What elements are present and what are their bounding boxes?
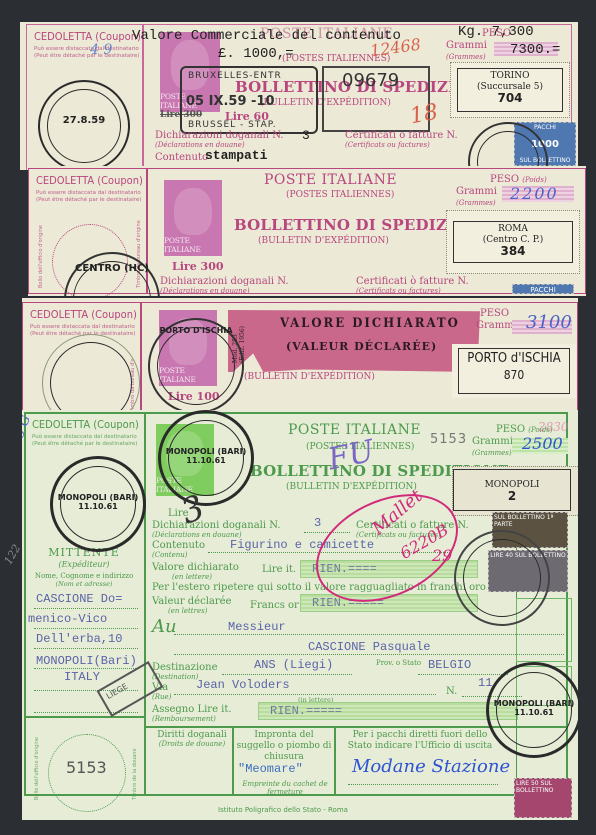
- office-label: MONOPOLI2: [452, 466, 578, 516]
- coupon-subtitle: Può essere distaccata dal destinatario(P…: [36, 190, 141, 204]
- declarations-label: Dichiarazioni doganali N.(Déclarations e…: [152, 520, 281, 539]
- price: Lire 300: [172, 260, 224, 273]
- office-label: TORINO(Succursale 5)704: [450, 62, 570, 118]
- country-value: BELGIO: [428, 658, 471, 672]
- declared-value-label: Valore dichiarato(en lettere): [152, 562, 239, 581]
- street-value: Jean Voloders: [196, 678, 290, 692]
- sender-line-3: Dell'erba,10: [36, 632, 122, 646]
- grammi-label: Grammi(Grammes): [446, 40, 487, 62]
- certificates-label: Certificati ò fatture N.(Certificats ou …: [356, 276, 469, 295]
- recipient-line-2: CASCIONE Pasquale: [308, 640, 430, 654]
- street-number-label: N.: [446, 686, 457, 697]
- sender-line-5: ITALY: [64, 670, 100, 684]
- coupon-title: CEDOLETTA (Coupon): [30, 308, 137, 321]
- assegno-value: RIEN.=====: [270, 704, 342, 718]
- grammi-handwritten: 2500: [522, 434, 563, 453]
- customs-duties-label: Diritti doganali(Droits de douane): [156, 730, 228, 748]
- grammi-label: Grammi: [476, 320, 517, 331]
- coupon-bottom-left-label: Bollo dell'ufficio d'origine: [34, 730, 40, 800]
- exit-office-value: Modane Stazione: [352, 756, 510, 777]
- declarations-value: 3: [314, 516, 321, 530]
- office-label: ROMA(Centro C. P.)384: [446, 210, 580, 274]
- printer-footer: Istituto Poligrafico dello Stato - Roma: [218, 806, 348, 814]
- typed-declared-value-line1: Valore Commerciale del contenuto: [132, 28, 401, 44]
- peso-label: PESO: [480, 308, 509, 319]
- prov-stato-label: Prov. o Stato: [376, 660, 421, 667]
- sender-line-1: CASCIONE Do=: [36, 592, 122, 606]
- coupon-subtitle: Può essere distaccata dal destinatario(P…: [32, 434, 137, 448]
- postage-stamp-portrait: POSTE ITALIANE: [164, 180, 222, 256]
- foreign-value-note: Per l'estero ripetere qui sotto il valor…: [152, 582, 486, 593]
- recipient-line-1: Messieur: [228, 620, 286, 634]
- content-label: Contenuto(Contenu): [152, 540, 205, 559]
- postmark-ischia: PORTO D'ISCHIA: [148, 318, 244, 414]
- parcel-form-2: CEDOLETTA (Coupon) Può essere distaccata…: [28, 166, 586, 296]
- postmark-monopoli-right: MONOPOLI (BARI) 11.10.61: [486, 662, 578, 758]
- form-subtitle: (BULLETIN D'EXPÉDITION): [244, 372, 375, 382]
- mittente-name-label: Nome, Cognome e indirizzo: [24, 572, 144, 580]
- content-label: Contenuto: [155, 152, 208, 163]
- kg-typed: Kg. 7,300: [458, 24, 534, 40]
- sender-line-4: MONOPOLI(Bari): [36, 654, 137, 668]
- background-top: [0, 0, 596, 12]
- au-label: Au: [152, 616, 177, 637]
- parcel-form-1: CEDOLETTA (Coupon) Può essere distaccata…: [20, 22, 578, 170]
- grammi-label: Grammi(Grammes): [472, 436, 513, 458]
- postmark-faint: [454, 530, 550, 626]
- coupon-vertical-left: Bollo dell'ufficio d'origine: [38, 208, 44, 288]
- certificates-label: Certificati o fatture N.(Certificats ou …: [345, 130, 458, 149]
- serial-number: 5153: [430, 432, 467, 447]
- handwritten-margin-number: 122: [2, 542, 24, 567]
- assegno-label: Assegno Lire it.(Remboursement): [152, 704, 232, 723]
- red-handwriting-3: 29: [432, 546, 452, 565]
- lire-it-label: Lire it.: [262, 564, 296, 575]
- header-title: POSTE ITALIANE: [264, 172, 397, 188]
- valeur-declaree-label: Valeur déclarée(en lettres): [152, 596, 231, 615]
- mittente-subtitle: (Expéditeur): [24, 560, 144, 569]
- postmark-monopoli-left: MONOPOLI (BARI) 11.10.61: [50, 456, 146, 552]
- parcel-form-3: CEDOLETTA (Coupon) Può essere distaccata…: [22, 298, 578, 418]
- postmark-torino: 27.8.59: [38, 80, 130, 170]
- grammi-label: Grammi(Grammes): [456, 186, 497, 208]
- serial-number-coupon: 5153: [66, 758, 107, 777]
- seal-label: Impronta del suggello o piombo di chiusu…: [236, 730, 332, 763]
- destination-value: ANS (Liegi): [254, 658, 333, 672]
- background-right: [586, 0, 596, 835]
- francs-or-label: Francs or: [250, 600, 299, 611]
- grammi-handwritten: 2200: [510, 184, 559, 203]
- seal-subtitle: Empreinte du cachet de fermeture: [238, 780, 332, 796]
- background-bottom: [0, 820, 596, 835]
- content-value: stampati: [205, 148, 267, 163]
- header-title: POSTE ITALIANE: [288, 422, 421, 438]
- declarations-value: 3: [302, 128, 310, 143]
- coupon-bottom-right-label: Timbro de la douane: [132, 730, 138, 800]
- parcel-form-4: CEDOLETTA (Coupon) Può essere distaccata…: [22, 410, 578, 824]
- handwritten-coupon-mark: 4 9: [90, 42, 112, 58]
- declarations-label: Dichiarazioni doganali N.(Déclarations e…: [160, 276, 289, 295]
- office-label: PORTO d'ISCHIA870: [452, 344, 576, 398]
- grammi-handwritten: 3100: [526, 312, 572, 333]
- grammi-typed: 7300.=: [510, 42, 560, 58]
- declarations-label: Dichiarazioni doganali N.(Déclarations e…: [155, 130, 284, 149]
- postmark-monopoli-center: MONOPOLI (BARI) 11.10.61: [158, 410, 254, 506]
- sender-line-2: menico-Vico: [28, 612, 107, 626]
- form-subtitle: (BULLETIN D'EXPÉDITION): [286, 482, 417, 492]
- seal-value: "Meomare": [238, 762, 303, 776]
- form-subtitle: (BULLETIN D'EXPÉDITION): [258, 236, 389, 246]
- typed-declared-value-line2: £. 1000,=: [218, 46, 294, 62]
- mittente-name-subtitle: (Nom et adresse): [24, 580, 144, 588]
- coupon-title: CEDOLETTA (Coupon): [36, 174, 143, 187]
- grammi-handwritten-red: 2830: [538, 420, 569, 434]
- handwritten-mark: 18: [408, 100, 440, 129]
- value-declared-banner: Mod. 283(Ediz. 1956) VALORE DICHIARATO (…: [228, 310, 480, 372]
- parcel-stamp-strip: PACCHI: [512, 284, 574, 294]
- exit-office-label: Per i pacchi diretti fuori dello Stato i…: [340, 730, 500, 752]
- coupon-title: CEDOLETTA (Coupon): [32, 418, 139, 431]
- parcel-stamp-magenta: LIRE 50 SUL BOLLETTINO: [514, 778, 572, 818]
- cancellation-box: BRUXELLES-ENTR 05 IX.59 -10 BRUSSEL - ST…: [180, 66, 318, 134]
- coupon-title: CEDOLETTA (Coupon): [34, 30, 141, 43]
- coupon-subtitle: Può essere distaccata dal destinatario(P…: [34, 46, 139, 60]
- header-subtitle: (POSTES ITALIENNES): [286, 190, 394, 200]
